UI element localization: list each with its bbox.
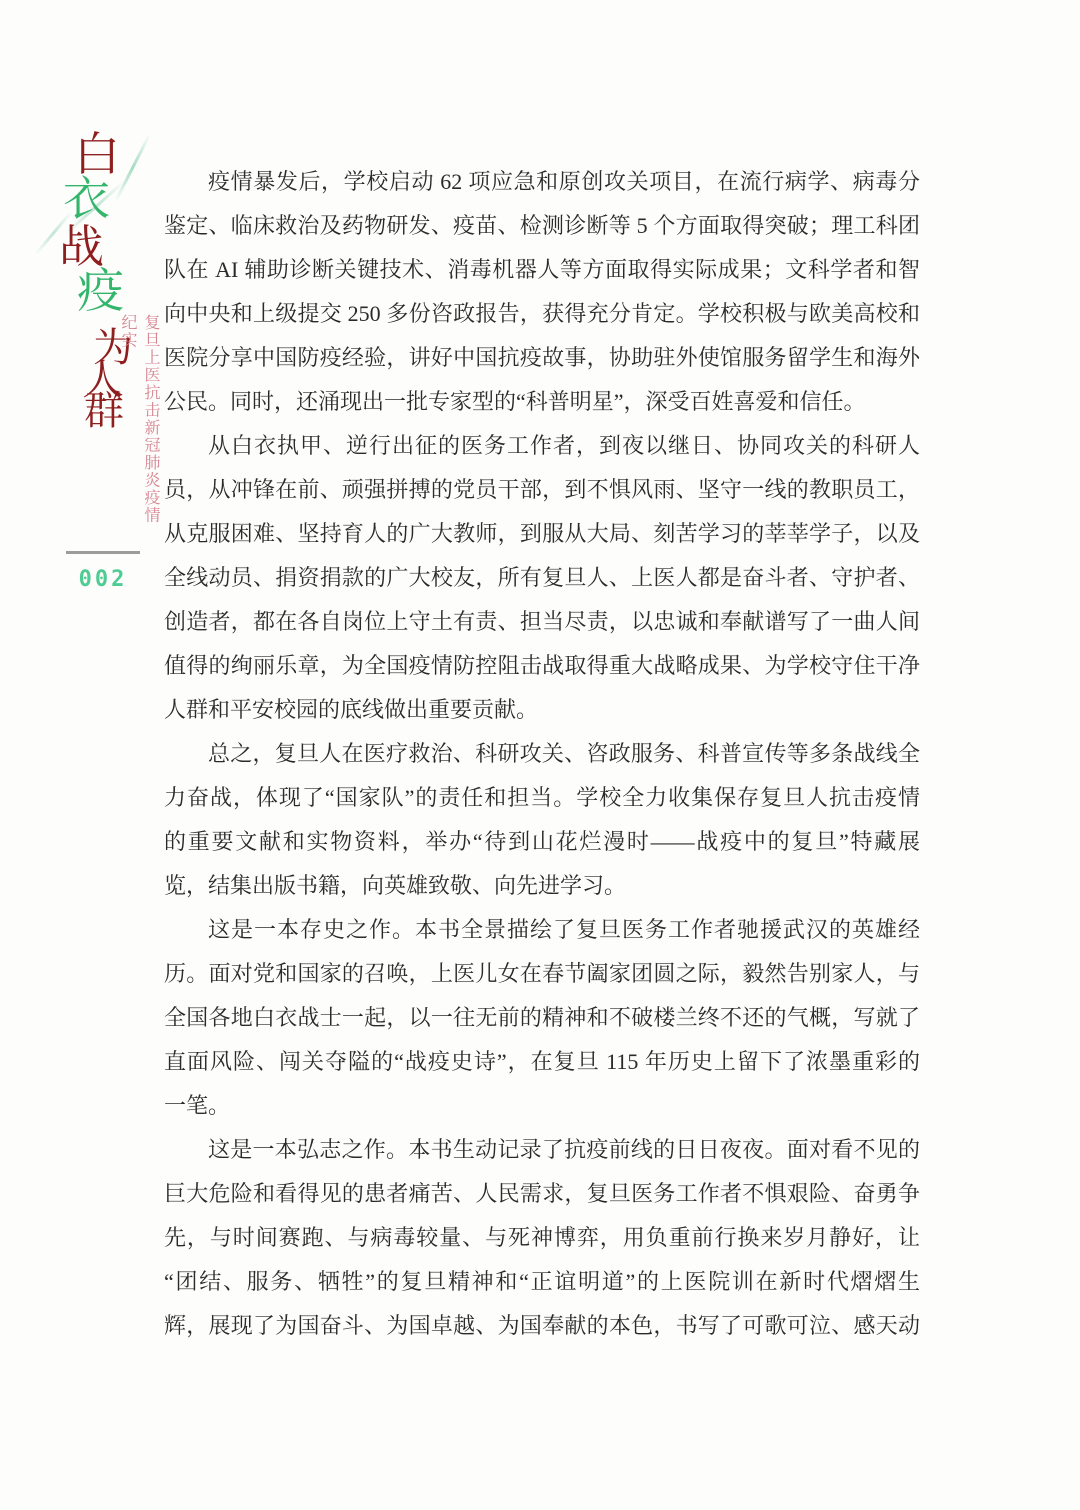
text-line: 辉，展现了为国奋斗、为国卓越、为国奉献的本色，书写了可歌可泣、感天动 [164, 1304, 920, 1348]
text-line: 这是一本弘志之作。本书生动记录了抗疫前线的日日夜夜。面对看不见的 [164, 1128, 920, 1172]
text-line: 直面风险、闯关夺隘的“战疫史诗”，在复旦 115 年历史上留下了浓墨重彩的 [164, 1040, 920, 1084]
book-subtitle: 复旦上医抗击新冠肺炎疫情纪实 [116, 314, 162, 529]
text-line: 员，从冲锋在前、顽强拼搏的党员干部，到不惧风雨、坚守一线的教职员工， [164, 468, 920, 512]
text-line: 医院分享中国防疫经验，讲好中国抗疫故事，协助驻外使馆服务留学生和海外 [164, 336, 920, 380]
text-line: 鉴定、临床救治及药物研发、疫苗、检测诊断等 5 个方面取得突破；理工科团 [164, 204, 920, 248]
title-char: 衣 [63, 177, 110, 224]
text-line: 从克服困难、坚持育人的广大教师，到服从大局、刻苦学习的莘莘学子，以及 [164, 512, 920, 556]
text-line: 人群和平安校园的底线做出重要贡献。 [164, 688, 920, 732]
text-line: 值得的绚丽乐章，为全国疫情防控阻击战取得重大战略成果、为学校守住干净 [164, 644, 920, 688]
text-line: “团结、服务、牺牲”的复旦精神和“正谊明道”的上医院训在新时代熠熠生 [164, 1260, 920, 1304]
sidebar: 白衣战疫为人群 复旦上医抗击新冠肺炎疫情纪实 002 [0, 0, 164, 1510]
title-char: 疫 [77, 269, 124, 316]
text-line: 总之，复旦人在医疗救治、科研攻关、咨政服务、科普宣传等多条战线全 [164, 732, 920, 776]
text-line: 疫情暴发后，学校启动 62 项应急和原创攻关项目，在流行病学、病毒分离 [164, 160, 920, 204]
text-line: 这是一本存史之作。本书全景描绘了复旦医务工作者驰援武汉的英雄经 [164, 908, 920, 952]
text-line: 览，结集出版书籍，向英雄致敬、向先进学习。 [164, 864, 920, 908]
text-line: 一笔。 [164, 1084, 920, 1128]
text-line: 的重要文献和实物资料，举办“待到山花烂漫时——战疫中的复旦”特藏展 [164, 820, 920, 864]
text-line: 全国各地白衣战士一起，以一往无前的精神和不破楼兰终不还的气概，写就了 [164, 996, 920, 1040]
page-number-divider [66, 551, 140, 554]
text-line: 巨大危险和看得见的患者痛苦、人民需求，复旦医务工作者不惧艰险、奋勇争 [164, 1172, 920, 1216]
text-line: 历。面对党和国家的召唤，上医儿女在春节阖家团圆之际，毅然告别家人，与 [164, 952, 920, 996]
text-line: 先，与时间赛跑、与病毒较量、与死神博弈，用负重前行换来岁月静好，让 [164, 1216, 920, 1260]
text-line: 力奋战，体现了“国家队”的责任和担当。学校全力收集保存复旦人抗击疫情 [164, 776, 920, 820]
text-line: 队在 AI 辅助诊断关键技术、消毒机器人等方面取得实际成果；文科学者和智库 [164, 248, 920, 292]
title-char: 战 [59, 225, 104, 270]
title-char: 白 [74, 132, 120, 178]
text-line: 创造者，都在各自岗位上守土有责、担当尽责，以忠诚和奉献谱写了一曲人间 [164, 600, 920, 644]
text-line: 公民。同时，还涌现出一批专家型的“科普明星”，深受百姓喜爱和信任。 [164, 380, 920, 424]
book-page: 白衣战疫为人群 复旦上医抗击新冠肺炎疫情纪实 002 疫情暴发后，学校启动 62… [0, 0, 1080, 1510]
text-line: 全线动员、捐资捐款的广大校友，所有复旦人、上医人都是奋斗者、守护者、 [164, 556, 920, 600]
text-line: 从白衣执甲、逆行出征的医务工作者，到夜以继日、协同攻关的科研人 [164, 424, 920, 468]
page-number: 002 [60, 567, 146, 592]
text-line: 向中央和上级提交 250 多份咨政报告，获得充分肯定。学校积极与欧美高校和 [164, 292, 920, 336]
body-text: 疫情暴发后，学校启动 62 项应急和原创攻关项目，在流行病学、病毒分离鉴定、临床… [164, 160, 920, 1348]
